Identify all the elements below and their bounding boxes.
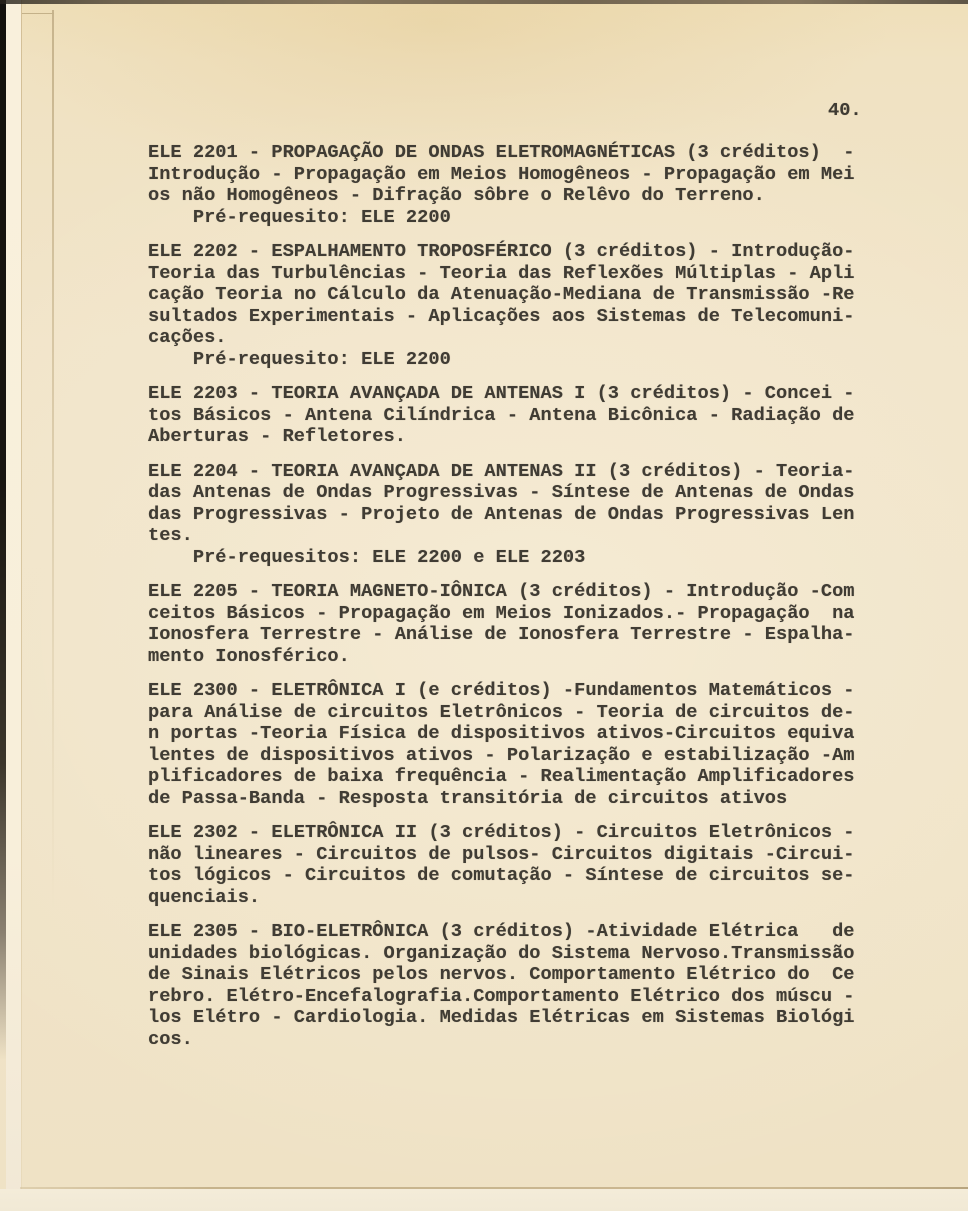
- course-description-ele-2300: ELE 2300 - ELETRÔNICA I (e créditos) -Fu…: [148, 680, 888, 809]
- scan-top-edge: [0, 0, 968, 4]
- course-description-ele-2302: ELE 2302 - ELETRÔNICA II (3 créditos) - …: [148, 822, 888, 908]
- course-description-ele-2203: ELE 2203 - TEORIA AVANÇADA DE ANTENAS I …: [148, 383, 888, 448]
- page-crease-line: [21, 0, 22, 1211]
- scanned-document-page: 40. ELE 2201 - PROPAGAÇÃO DE ONDAS ELETR…: [0, 0, 968, 1211]
- page-edge-line: [52, 10, 54, 910]
- course-description-ele-2305: ELE 2305 - BIO-ELETRÔNICA (3 créditos) -…: [148, 921, 888, 1050]
- page-fold-line: [22, 13, 54, 14]
- typewritten-content: ELE 2201 - PROPAGAÇÃO DE ONDAS ELETROMAG…: [148, 142, 888, 1063]
- underlying-page-bottom: [0, 1189, 968, 1211]
- course-description-ele-2201: ELE 2201 - PROPAGAÇÃO DE ONDAS ELETROMAG…: [148, 142, 888, 228]
- course-description-ele-2205: ELE 2205 - TEORIA MAGNETO-IÔNICA (3 créd…: [148, 581, 888, 667]
- underlying-page-edge: [6, 0, 21, 1211]
- course-description-ele-2204: ELE 2204 - TEORIA AVANÇADA DE ANTENAS II…: [148, 461, 888, 569]
- course-description-ele-2202: ELE 2202 - ESPALHAMENTO TROPOSFÉRICO (3 …: [148, 241, 888, 370]
- page-number: 40.: [828, 100, 862, 122]
